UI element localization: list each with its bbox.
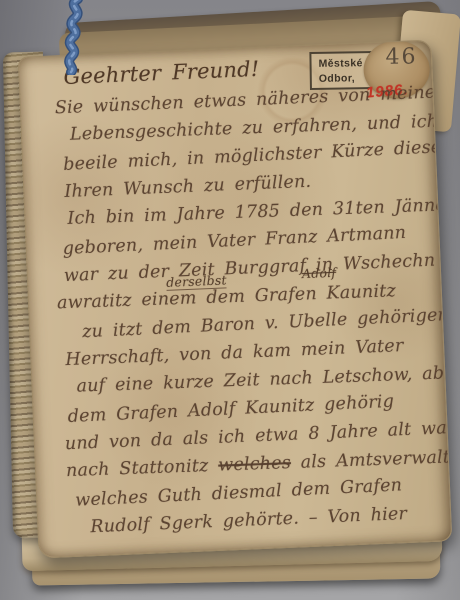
manuscript-text: Geehrter Freund! Sie wünschen etwas nähe… xyxy=(39,45,443,543)
strike-line-struck-word: welches xyxy=(218,453,291,476)
interlinear-insertion-struck: Adolf xyxy=(302,265,337,281)
strike-line-pre: nach Stattonitz xyxy=(66,456,219,481)
binding-cord xyxy=(52,0,104,75)
manuscript-page: Městské Odbor, 46 1986. Geehrter Freund!… xyxy=(18,40,453,559)
interlinear-insertion: derselbst xyxy=(166,272,227,291)
